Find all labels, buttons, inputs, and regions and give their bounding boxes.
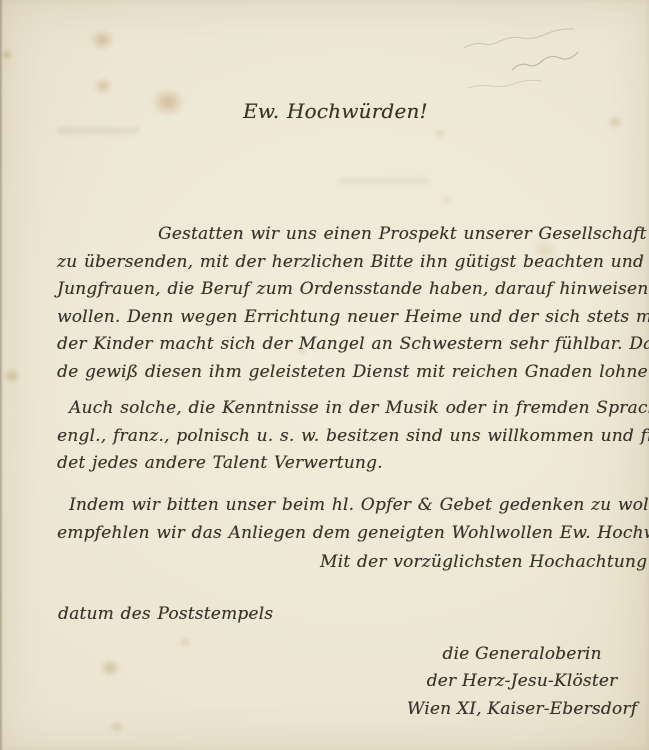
foxing-stain xyxy=(604,112,626,132)
body-line: wollen. Denn wegen Errichtung neuer Heim… xyxy=(57,304,649,332)
signature-block: die Generaloberin der Herz-Jesu-Klöster … xyxy=(402,641,642,723)
foxing-stain xyxy=(176,634,194,650)
body-paragraph-2: Auch solche, die Kenntnisse in der Musik… xyxy=(57,395,649,478)
body-line: Indem wir bitten unser beim hl. Opfer & … xyxy=(57,492,649,520)
date-note: datum des Poststempels xyxy=(58,604,273,624)
ink-ghost-smudge xyxy=(338,177,430,185)
signature-line: der Herz-Jesu-Klöster xyxy=(402,668,642,695)
letter-page: Ew. Hochwürden! Gestatten wir uns einen … xyxy=(0,0,649,750)
foxing-stain xyxy=(0,365,25,387)
body-line: empfehlen wir das Anliegen dem geneigten… xyxy=(57,520,649,548)
body-line: der Kinder macht sich der Mangel an Schw… xyxy=(57,331,649,359)
body-paragraph-1: Gestatten wir uns einen Prospekt unserer… xyxy=(57,221,649,387)
scan-edge xyxy=(0,0,3,750)
body-line: Gestatten wir uns einen Prospekt unserer… xyxy=(57,221,649,249)
foxing-stain xyxy=(84,25,120,55)
body-line: Auch solche, die Kenntnisse in der Musik… xyxy=(57,395,649,423)
foxing-stain xyxy=(95,655,125,681)
body-line: Jungfrauen, die Beruf zum Ordensstande h… xyxy=(57,276,649,304)
foxing-stain xyxy=(430,125,450,141)
body-line: zu übersenden, mit der herzlichen Bitte … xyxy=(57,249,649,277)
ink-ghost-smudge xyxy=(57,127,139,134)
foxing-stain xyxy=(438,193,456,207)
signature-line: Wien XI, Kaiser-Ebersdorf xyxy=(402,696,642,723)
pencil-annotation xyxy=(450,18,635,103)
closing-formula: Mit der vorzüglichsten Hochachtung xyxy=(320,552,647,572)
salutation: Ew. Hochwürden! xyxy=(243,99,428,123)
signature-line: die Generaloberin xyxy=(402,641,642,668)
body-line: engl., franz., polnisch u. s. w. besitze… xyxy=(57,423,649,451)
body-line: det jedes andere Talent Verwertung. xyxy=(57,450,649,478)
body-line: de gewiß diesen ihm geleisteten Dienst m… xyxy=(57,359,649,387)
foxing-stain xyxy=(106,718,128,736)
foxing-stain xyxy=(144,82,192,122)
foxing-stain xyxy=(89,74,117,98)
body-paragraph-3: Indem wir bitten unser beim hl. Opfer & … xyxy=(57,492,649,547)
